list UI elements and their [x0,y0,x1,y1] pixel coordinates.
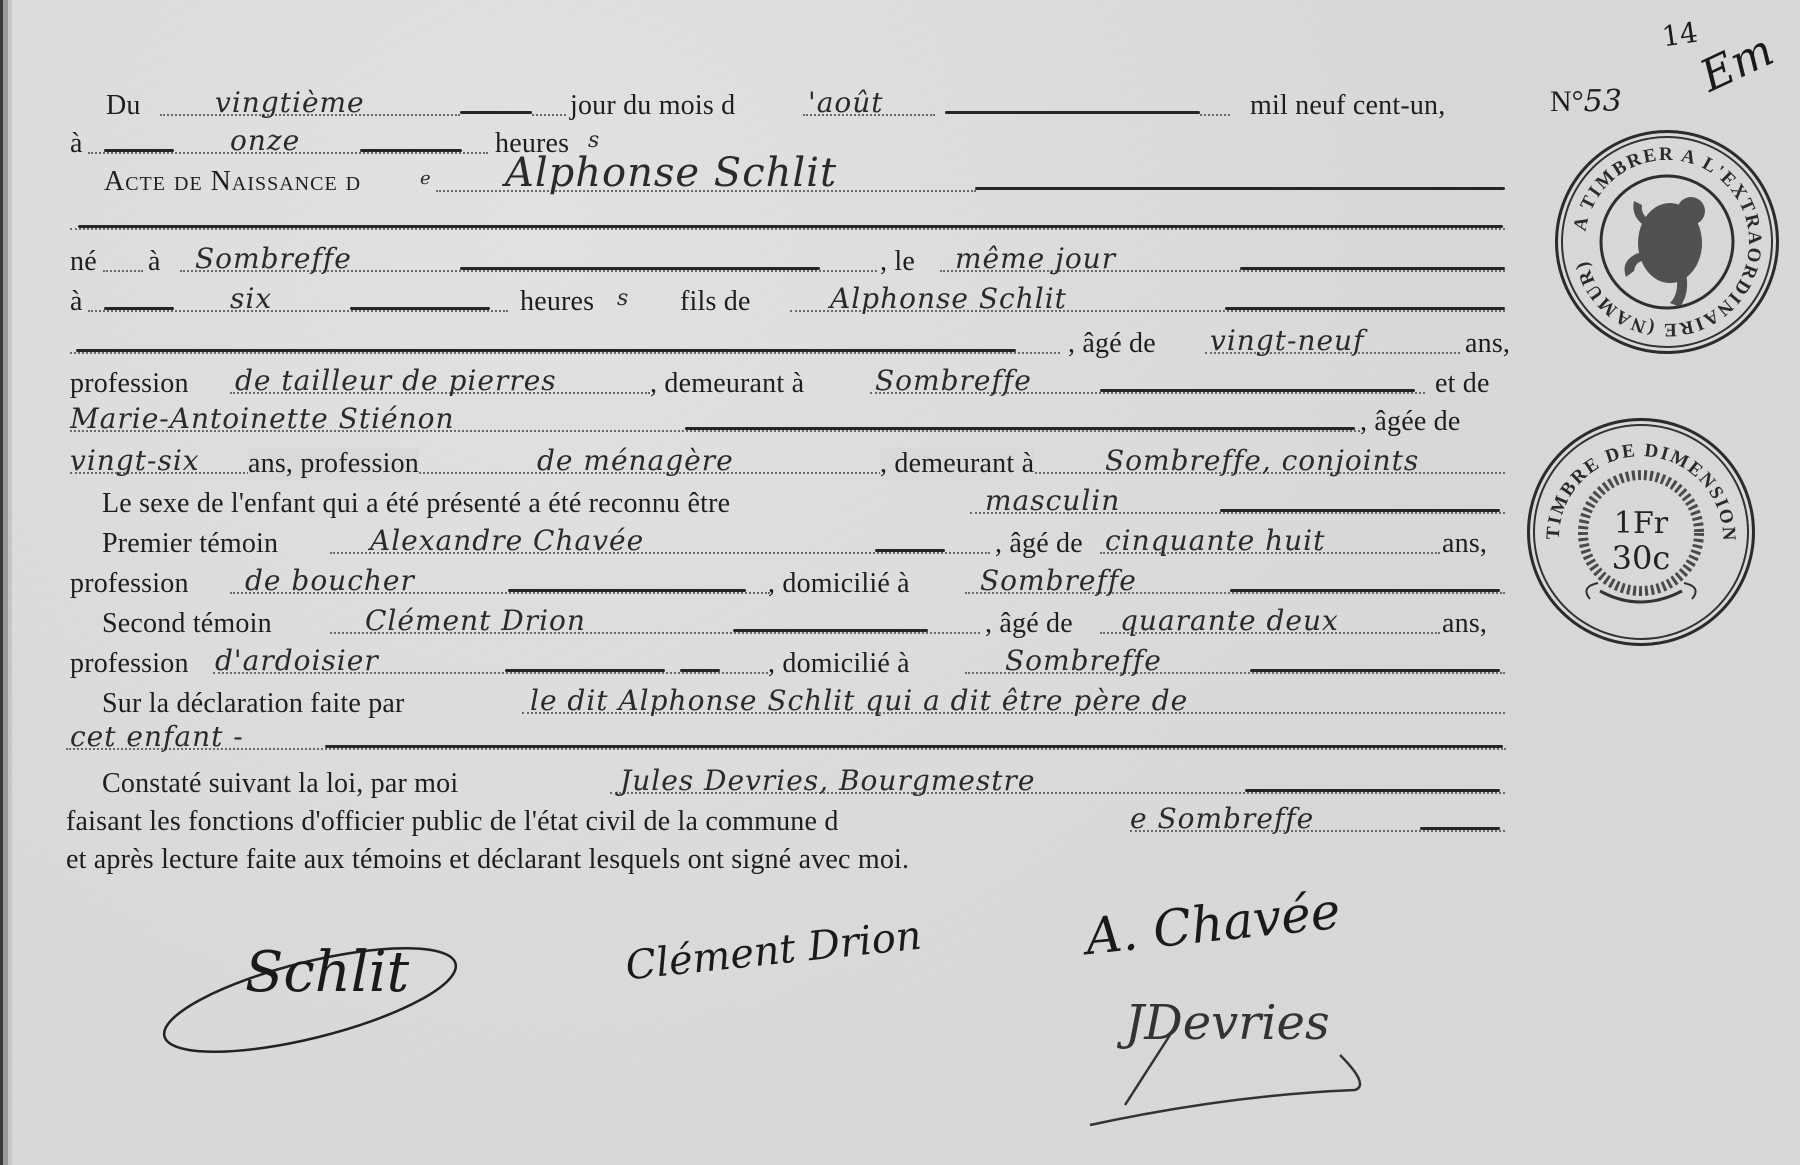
field-birthplace[interactable]: Sombreffe [195,242,352,276]
laurel-wreath-icon: TIMBRE DE DIMENSION 1Fr 30c [1530,421,1752,643]
line-declaration: Sur la déclaration faite par le dit Alph… [0,680,1510,720]
field-commune[interactable]: e Sombreffe [1130,802,1314,836]
field-sex[interactable]: masculin [985,484,1120,518]
field-father-name[interactable]: Alphonse Schlit [830,282,1067,316]
field-month[interactable]: 'août [808,86,884,120]
field-father-profession[interactable]: de tailleur de pierres [235,364,557,398]
field-declaration-cont[interactable]: cet enfant - [70,720,244,754]
field-second-witness-age[interactable]: quarante deux [1120,604,1339,638]
line-first-witness-profession: profession de boucher , domicilié à Somb… [0,560,1510,600]
field-mother-name[interactable]: Marie-Antoinette Stiénon [70,402,455,436]
corner-note: 14 [1660,16,1700,54]
line-mother-age-profession: vingt-six ans, profession de ménagère , … [0,440,1510,480]
line-second-witness-profession: profession d'ardoisier , domicilié à Som… [0,640,1510,680]
field-birth-hour[interactable]: six [230,282,272,316]
signature-first-witness: A. Chavée [1083,882,1343,966]
line-first-witness: Premier témoin Alexandre Chavée , âgé de… [0,520,1510,560]
corner-initials: Em [1693,25,1781,102]
signature-second-witness: Clément Drion [623,913,923,990]
record-number: N°53 [1550,84,1622,119]
field-second-witness-residence[interactable]: Sombreffe [1005,644,1162,678]
field-father-age[interactable]: vingt-neuf [1210,324,1364,358]
civil-record-page: 14 Em N°53 Du vingtième jour du mois d '… [0,0,1800,1165]
field-mother-residence[interactable]: Sombreffe, conjoints [1105,444,1419,478]
line-second-witness: Second témoin Clément Drion , âgé de qua… [0,600,1510,640]
field-officer[interactable]: Jules Devries, Bourgmestre [620,764,1035,798]
line-mother-name: Marie-Antoinette Stiénon , âgée de [0,398,1510,438]
field-father-residence[interactable]: Sombreffe [875,364,1032,398]
field-first-witness-age[interactable]: cinquante huit [1105,524,1325,558]
field-child-name[interactable]: Alphonse Schlit [505,150,837,196]
line-father-profession: profession de tailleur de pierres , deme… [0,360,1510,400]
field-first-witness-residence[interactable]: Sombreffe [980,564,1137,598]
line-officer: Constaté suivant la loi, par moi Jules D… [0,760,1510,800]
field-mother-profession[interactable]: de ménagère [537,444,734,478]
svg-text:30c: 30c [1612,539,1671,577]
field-second-witness-name[interactable]: Clément Drion [365,604,586,638]
field-birth-day[interactable]: même jour [955,242,1116,276]
line-birth-hour: à six heures s fils de Alphonse Schlit [0,278,1510,318]
field-mother-age[interactable]: vingt-six [70,444,200,478]
stamp-timbre-de-dimension: TIMBRE DE DIMENSION 1Fr 30c [1527,418,1755,646]
line-commune: faisant les fonctions d'officier public … [0,798,1510,838]
line-blank [0,196,1510,236]
lion-emblem-icon: A TIMBRER A L'EXTRAORDINAIRE (NAMUR) [1558,133,1776,351]
line-closing: et après lecture faite aux témoins et dé… [0,836,1510,876]
field-hour[interactable]: onze [230,124,300,158]
signature-mayor: JDevries [1080,985,1380,1145]
stamp-timbre-extraordinaire: A TIMBRER A L'EXTRAORDINAIRE (NAMUR) [1555,130,1779,354]
svg-text:1Fr: 1Fr [1614,506,1669,541]
field-day[interactable]: vingtième [215,86,365,120]
field-first-witness-name[interactable]: Alexandre Chavée [370,524,644,558]
line-father-age: , âgé de vingt-neuf ans, [0,320,1510,360]
field-second-witness-profession[interactable]: d'ardoisier [215,644,379,678]
line-declaration-cont: cet enfant - [0,716,1510,756]
field-declarant[interactable]: le dit Alphonse Schlit qui a dit être pè… [530,684,1188,718]
line-acte: Acte de Naissance d e Alphonse Schlit [0,158,1510,198]
field-first-witness-profession[interactable]: de boucher [245,564,415,598]
signature-father: Schlit [160,930,500,1070]
line-birthplace: né à Sombreffe , le même jour [0,238,1510,278]
line-sex: Le sexe de l'enfant qui a été présenté a… [0,480,1510,520]
line-date: Du vingtième jour du mois d 'août mil ne… [0,82,1510,122]
